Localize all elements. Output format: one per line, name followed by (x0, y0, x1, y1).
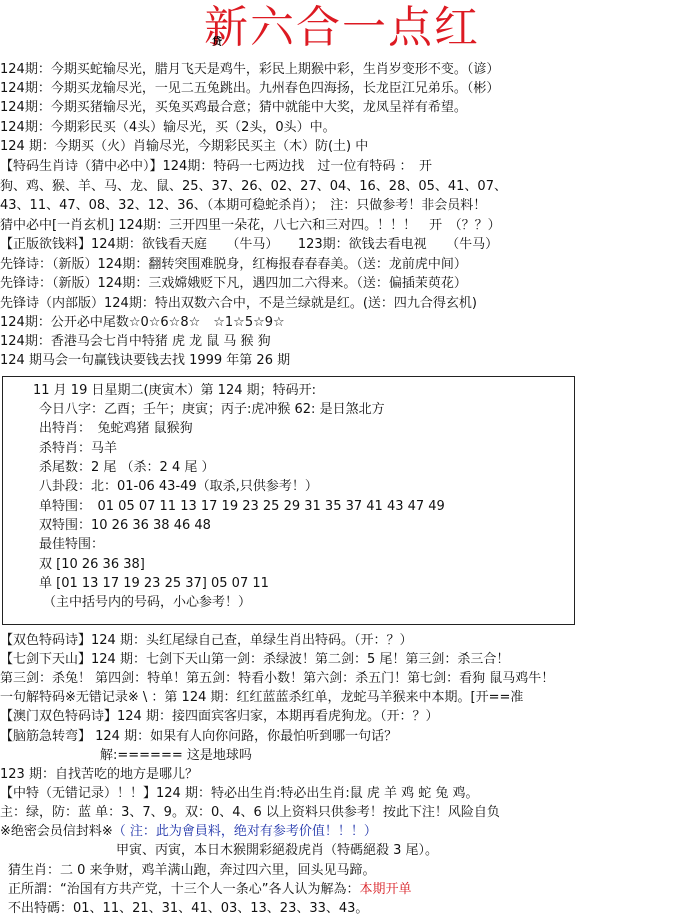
box-line: 最佳特围： (39, 536, 104, 554)
title-stamp-glyph: 贷 (212, 38, 222, 48)
box-line: 双特围：10 26 36 38 46 48 (39, 517, 211, 535)
member-line: ※绝密会员信封料※（ 注：此为會員料，绝对有参考价值！！！） (0, 823, 377, 841)
box-line: 今日八字：乙酉；壬午；庚寅；丙子:虎冲猴 62: 是日煞北方 (39, 401, 385, 419)
text-line: 43、11、47、08、32、12、36、（本期可稳蛇杀肖）； 注：只做参考！非… (0, 197, 486, 215)
text-line: 123 期：自找苦吃的地方是哪儿？ (0, 766, 198, 784)
member-line: 甲寅、丙寅，本日木猴開彩絕殺虎肖（特碼絕殺 3 尾）。 (116, 842, 438, 860)
text-line: 狗、鸡、猴、羊、马、龙、鼠、25、37、26、02、27、04、16、28、05… (0, 178, 507, 196)
member-line: 不出特碼：01、11、21、31、41、03、13、23、33、43。 (8, 900, 368, 918)
box-line: 11 月 19 日星期二(庚寅木）第 124 期；特码开: (33, 382, 316, 400)
text-line: 【中特（无错记录）！！】124 期：特必出生肖:特必出生肖:鼠 虎 羊 鸡 蛇 … (0, 785, 479, 803)
member-prefix: ※绝密会员信封料※ (0, 824, 113, 839)
box-line: （主中括号内的号码，小心参考！） (43, 594, 251, 612)
box-line: 单 [01 13 17 19 23 25 37] 05 07 11 (39, 575, 269, 593)
text-line: 【澳门双色特码诗】124 期：接四面宾客归家，本期再看虎狗龙。（开：？） (0, 708, 438, 726)
forecast-box: 11 月 19 日星期二(庚寅木）第 124 期；特码开: 今日八字：乙酉；壬午… (2, 376, 575, 625)
text-line: 先锋诗：（新版）124期：翻转突围难脱身，红梅报春春春美。（送：龙前虎中间） (0, 256, 467, 274)
text-line: 【七剑下天山】124 期：七剑下天山第一剑：杀绿波！第二剑：5 尾！第三剑：杀三… (0, 651, 509, 669)
member-line: 猜生肖：二 0 来争财，鸡羊满山跑，奔过四六里，回头见马蹄。 (8, 862, 376, 880)
saying-prefix: 正所謂：“治国有方共产党，十三个人一条心”各人认为解為： (8, 882, 359, 897)
member-line: 正所謂：“治国有方共产党，十三个人一条心”各人认为解為：本期开单 (8, 881, 412, 899)
text-line: 【正版欲钱料】124期：欲钱看天庭 （牛马） 123期：欲钱去看电视 （牛马） (0, 236, 498, 254)
text-line: 124期：今期买蛇输尽光，腊月飞天是鸡牛，彩民上期猴中彩，生肖岁变形不变。（谚） (0, 61, 499, 79)
text-line: 【特码生肖诗（猜中必中）】124期：特码一七两边找 过一位有特码 ： 开 (0, 158, 432, 176)
box-line: 单特围： 01 05 07 11 13 17 19 23 25 29 31 35… (39, 498, 445, 516)
box-line: 八卦段：北：01-06 43-49（取杀,只供参考！） (39, 478, 318, 496)
member-note: （ 注：此为會員料，绝对有参考价值！！！） (113, 824, 377, 839)
text-line: 一句解特码※无错记录※ \ ：第 124 期：红红蓝蓝杀红单，龙蛇马羊猴来中本期… (0, 689, 523, 707)
page-title: 新六合一点红 (0, 2, 684, 54)
text-line: 【双色特码诗】124 期：头红尾绿自己查，单绿生肖出特码。（开：？） (0, 632, 412, 650)
text-line: 124 期：今期买（火）肖输尽光，今期彩民买主（木）防(土) 中 (0, 138, 368, 156)
box-line: 出特肖： 兔蛇鸡猪 鼠猴狗 (39, 420, 193, 438)
text-line: 先锋诗（内部版）124期：特出双数六合中，不是兰绿就是红。(送：四九合得玄机) (0, 295, 477, 313)
text-line: 124期：今期买猪输尽光，买兔买鸡最合意；猜中就能中大奖，龙凤呈祥有希望。 (0, 99, 467, 117)
text-line: 猜中必中[一肖玄机] 124期：三开四里一朵花，八七六和三对四。！！！ 开 （？… (0, 217, 501, 235)
text-line: 124期：公开必中尾数☆0☆6☆8☆ ☆1☆5☆9☆ (0, 314, 285, 332)
text-line: 【脑筋急转弯】 124 期：如果有人向你问路，你最怕听到哪一句话？ (0, 728, 397, 746)
box-line: 杀特肖：马羊 (39, 440, 117, 458)
text-line: 124期：今期彩民买（4头）输尽光，买（2头，0头）中。 (0, 119, 336, 137)
box-line: 双 [10 26 36 38] (39, 556, 145, 574)
text-line: 先锋诗：（新版）124期：三戏嫦娥贬下凡，遇四加二六得来。（送：偏插茉萸花） (0, 275, 467, 293)
text-line: 解:====== 这是地球吗 (100, 747, 252, 765)
box-line: 杀尾数：2 尾 （杀：2 4 尾 ） (39, 459, 214, 477)
text-line: 主：绿，防：蓝 单：3、7、9。双：0、4、6 以上资料只供参考！按此下注！风险… (0, 804, 500, 822)
text-line: 124 期马会一句赢钱诀要钱去找 1999 年第 26 期 (0, 352, 290, 370)
saying-answer: 本期开单 (359, 882, 411, 897)
text-line: 124期：今期买龙输尽光，一见二五兔跳出。九州春色四海扬，长龙臣江兄弟乐。（彬） (0, 80, 499, 98)
text-line: 第三剑：杀兔！ 第四剑：特单！第五剑：特看小数！第六剑：杀五门！第七剑：看狗 鼠… (0, 670, 554, 688)
text-line: 124期：香港马会七肖中特猪 虎 龙 鼠 马 猴 狗 (0, 333, 271, 351)
